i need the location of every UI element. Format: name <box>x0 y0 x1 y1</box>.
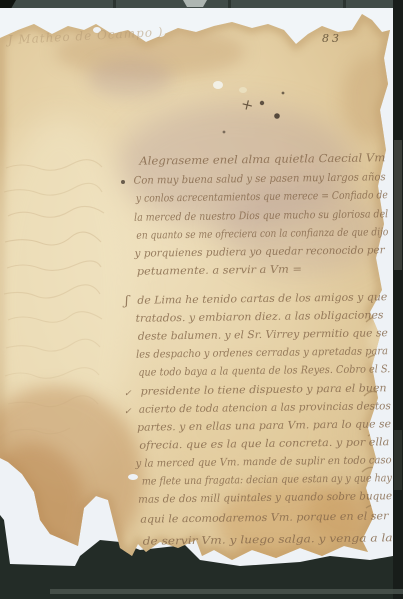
right-dark-strip <box>393 0 403 599</box>
right-strip-patch <box>394 430 402 490</box>
letter-line: petuamente. a servir a Vm = <box>137 263 302 277</box>
margin-flourish: ✓ <box>124 389 132 399</box>
right-strip-patch <box>394 140 402 270</box>
bottom-edge-highlight <box>50 589 403 594</box>
paper-hole <box>213 81 223 89</box>
manuscript-svg: J Matheo de Ocampo ) 83 + ʃ ✓ ✓ Alegrase… <box>0 0 403 599</box>
table-seam <box>343 0 346 8</box>
table-seam <box>228 0 231 8</box>
paper-hole <box>239 87 247 93</box>
table-seam <box>113 0 116 8</box>
paper-hole <box>128 474 138 480</box>
folio-number: 83 <box>322 32 342 45</box>
manuscript-scan: J Matheo de Ocampo ) 83 + ʃ ✓ ✓ Alegrase… <box>0 0 403 599</box>
table-tab <box>183 0 207 7</box>
margin-flourish: ✓ <box>124 407 132 417</box>
